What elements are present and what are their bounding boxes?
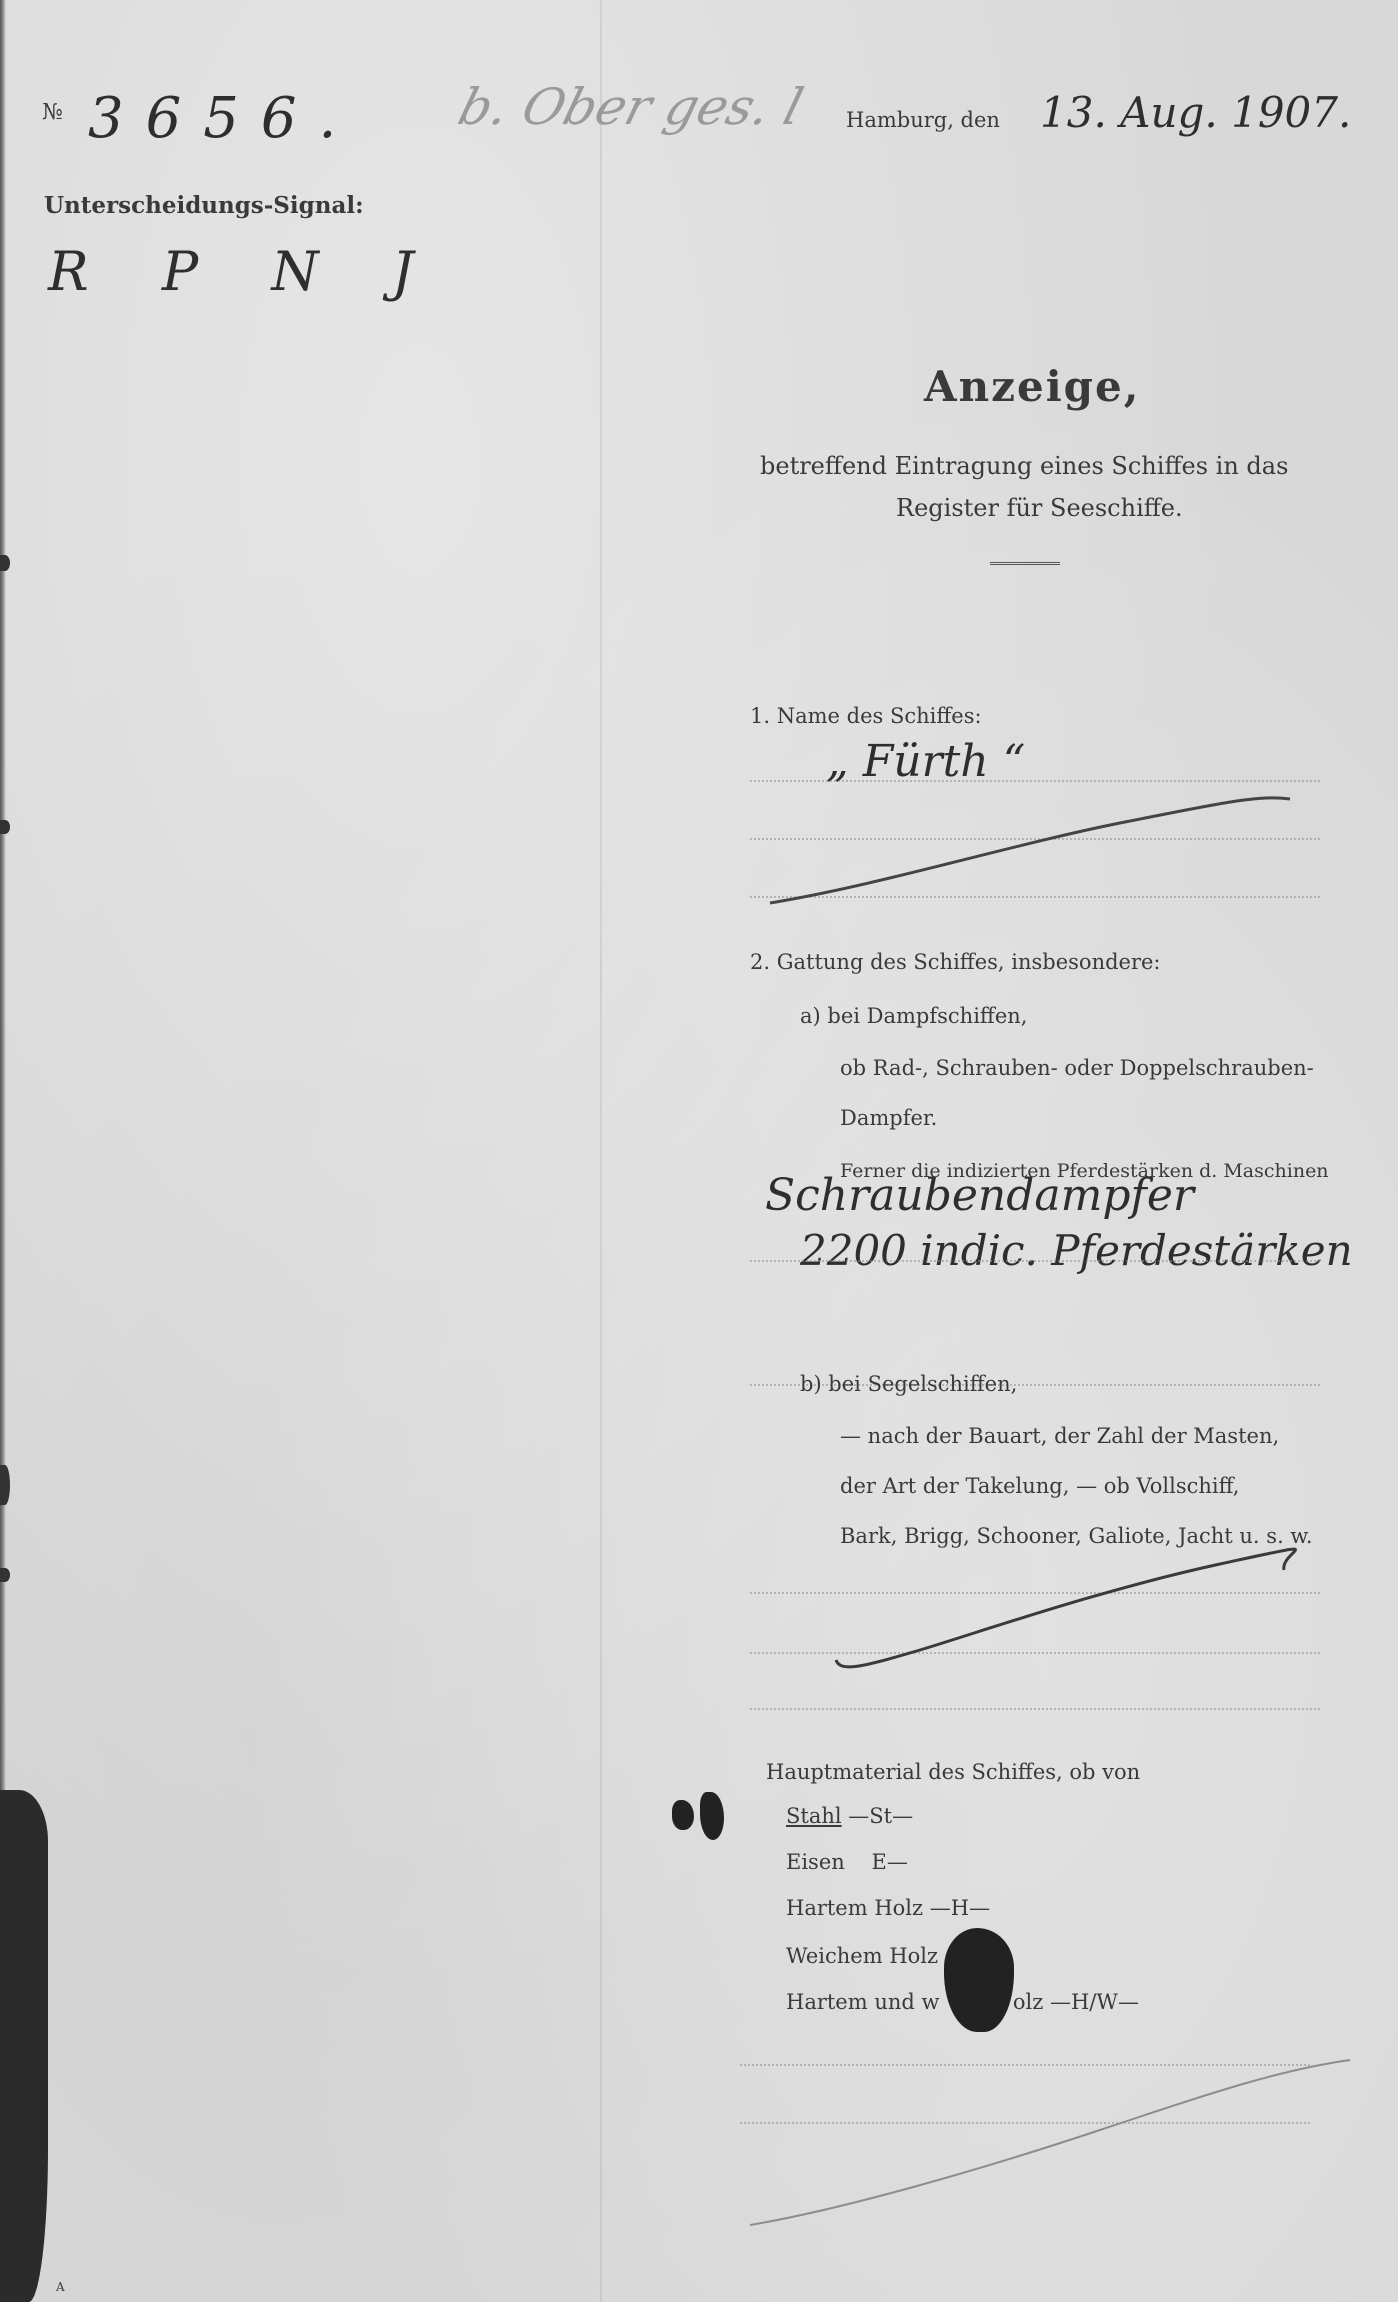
torn-corner [0,1790,48,2302]
signal-label: Unterscheidungs-Signal: [44,192,364,219]
section-2-title: Gattung des Schiffes, insbesondere: [777,950,1161,974]
edge-notch [0,820,10,834]
section-2-label: 2. Gattung des Schiffes, insbesondere: [750,950,1161,974]
section-2a-line1: ob Rad-, Schrauben- oder Doppelschrauben… [840,1056,1314,1080]
vessel-type-handwritten: Schraubendampfer [765,1170,1194,1221]
section-2b-label: b) bei Segelschiffen, [800,1372,1017,1396]
paper-fold [600,0,602,2302]
date-value: 13. Aug. 1907. [1040,88,1351,137]
material-steel-code: —St— [848,1804,913,1828]
horsepower-handwritten: 2200 indic. Pferdestärken [800,1226,1353,1275]
ink-blot-small [700,1792,724,1840]
ink-blot-small [672,1800,694,1830]
edge-notch [0,555,10,571]
section-1-number: 1. [750,704,770,728]
edge-notch [0,1568,10,1582]
answer-line [750,1260,1320,1262]
corner-letter: A [56,2280,65,2294]
place-label: Hamburg, den [846,108,1000,132]
section-2-number: 2. [750,950,770,974]
material-steel: Stahl —St— [786,1804,913,1828]
material-iron-name: Eisen [786,1850,845,1874]
edge-notch [0,1465,10,1505]
section-2b-line1: — nach der Bauart, der Zahl der Masten, [840,1424,1279,1448]
material-mixed-code: —H/W— [1050,1990,1139,2014]
faint-strike-through-line [720,2030,1360,2250]
material-iron: Eisen E— [786,1850,908,1874]
material-iron-code: E— [871,1850,907,1874]
document-subtitle-1: betreffend Eintragung eines Schiffes in … [760,452,1288,480]
section-3-label: Hauptmaterial des Schiffes, ob von [766,1760,1140,1784]
material-mixed-end: olz [1013,1990,1043,2014]
section-2b-line3: Bark, Brigg, Schooner, Galiote, Jacht u.… [840,1524,1313,1548]
signal-value: R P N J [48,240,441,303]
number-label: № [42,100,63,125]
document-subtitle-2: Register für Seeschiffe. [896,494,1183,522]
document-page: A № 3656. b. Ober ges. l Hamburg, den 13… [0,0,1398,2302]
strike-through-line [800,1550,1300,1720]
material-hardwood-code: —H— [930,1896,990,1920]
register-number: 3656. [88,86,358,151]
section-2b-line2: der Art der Takelung, — ob Vollschiff, [840,1474,1239,1498]
section-2a-line2: Dampfer. [840,1106,937,1130]
material-hardwood: Hartem Holz —H— [786,1896,990,1920]
section-2a-label: a) bei Dampfschiffen, [800,1004,1027,1028]
ink-blot-large [944,1928,1014,2032]
strike-through-line [760,775,1300,915]
faint-annotation: b. Ober ges. l [452,78,809,136]
section-1-title: Name des Schiffes: [777,704,982,728]
material-hardwood-name: Hartem Holz [786,1896,923,1920]
material-softwood: Weichem Holz [786,1944,938,1968]
material-steel-name: Stahl [786,1804,842,1828]
material-mixed-partial: Hartem und w [786,1990,939,2014]
document-title: Anzeige, [924,362,1140,411]
title-ornament [990,562,1060,565]
section-1-label: 1. Name des Schiffes: [750,704,982,728]
